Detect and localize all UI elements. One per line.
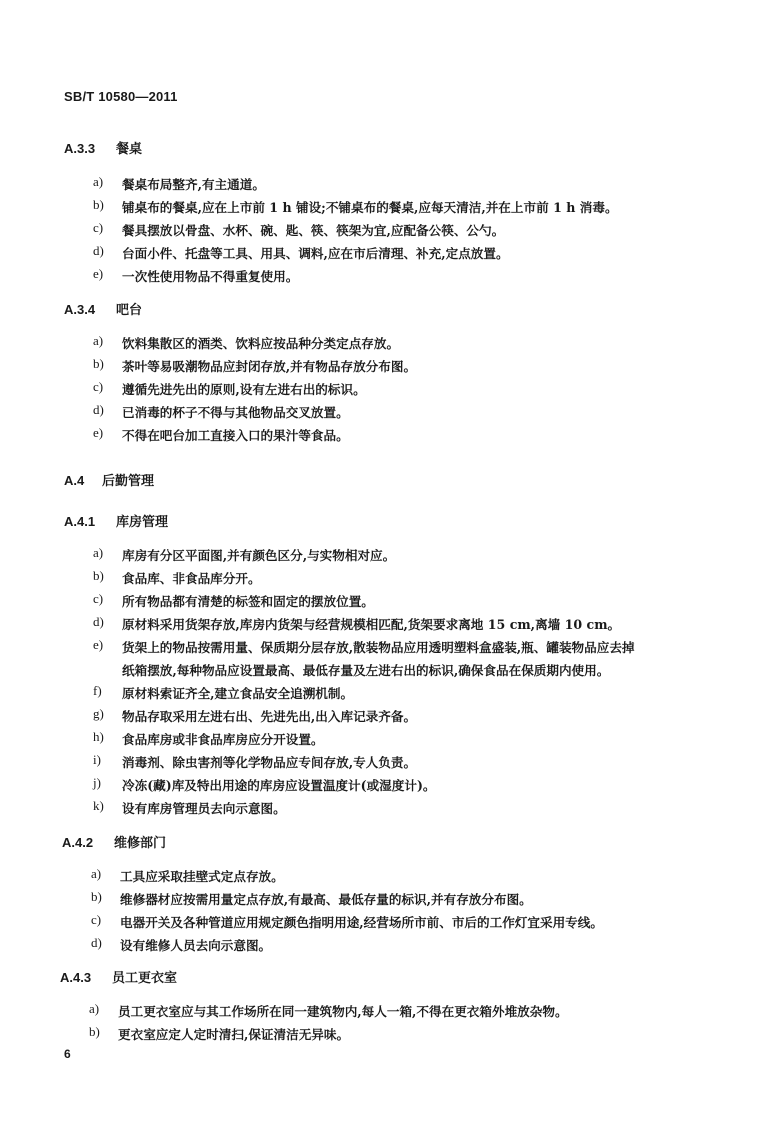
item-text: 更衣室应定人定时清扫,保证清洁无异味。 xyxy=(118,1024,349,1043)
item-label: k) xyxy=(93,798,104,814)
item-text: 库房有分区平面图,并有颜色区分,与实物相对应。 xyxy=(122,545,395,564)
item-label: g) xyxy=(93,706,104,722)
item-label: d) xyxy=(93,243,104,259)
item-label: d) xyxy=(93,402,104,418)
item-text: 茶叶等易吸潮物品应封闭存放,并有物品存放分布图。 xyxy=(122,356,416,375)
item-text: 已消毒的杯子不得与其他物品交叉放置。 xyxy=(122,402,349,421)
item-label: a) xyxy=(93,333,103,349)
section-number: A.4.2 xyxy=(62,835,114,850)
section-number: A.4 xyxy=(64,473,102,488)
item-label: i) xyxy=(93,752,101,768)
item-text: 纸箱摆放,每种物品应设置最高、最低存量及左进右出的标识,确保食品在保质期内使用。 xyxy=(122,660,609,679)
item-text: 铺桌布的餐桌,应在上市前 1 h 铺设;不铺桌布的餐桌,应每天清洁,并在上市前 … xyxy=(122,197,618,216)
item-label: h) xyxy=(93,729,104,745)
item-label: b) xyxy=(93,197,104,213)
section-title: 维修部门 xyxy=(114,836,166,851)
section-heading-a4: A.4后勤管理 xyxy=(64,470,154,489)
item-text: 遵循先进先出的原则,设有左进右出的标识。 xyxy=(122,379,366,398)
document-id-header: SB/T 10580—2011 xyxy=(64,89,178,104)
item-label: b) xyxy=(91,889,102,905)
item-text: 原材料采用货架存放,库房内货架与经营规模相匹配,货架要求离地 15 cm,离墙 … xyxy=(122,614,620,633)
item-label: e) xyxy=(93,266,103,282)
section-heading-a33: A.3.3餐桌 xyxy=(64,138,142,157)
item-label: c) xyxy=(91,912,101,928)
item-text: 食品库房或非食品库房应分开设置。 xyxy=(122,729,324,748)
item-label: c) xyxy=(93,220,103,236)
item-label: b) xyxy=(93,568,104,584)
item-label: f) xyxy=(93,683,102,699)
item-text: 饮料集散区的酒类、饮料应按品种分类定点存放。 xyxy=(122,333,399,352)
item-text: 货架上的物品按需用量、保质期分层存放,散装物品应用透明塑料盒盛装,瓶、罐装物品应… xyxy=(122,637,635,656)
section-title: 后勤管理 xyxy=(102,474,154,489)
item-text: 设有维修人员去向示意图。 xyxy=(120,935,271,954)
item-text: 食品库、非食品库分开。 xyxy=(122,568,261,587)
item-text: 员工更衣室应与其工作场所在同一建筑物内,每人一箱,不得在更衣箱外堆放杂物。 xyxy=(118,1001,568,1020)
item-label: j) xyxy=(93,775,101,791)
section-heading-a43: A.4.3员工更衣室 xyxy=(60,967,177,986)
item-text: 餐桌布局整齐,有主通道。 xyxy=(122,174,265,193)
item-label: a) xyxy=(91,866,101,882)
item-label: e) xyxy=(93,637,103,653)
item-text: 所有物品都有清楚的标签和固定的摆放位置。 xyxy=(122,591,374,610)
item-text: 不得在吧台加工直接入口的果汁等食品。 xyxy=(122,425,349,444)
item-label: a) xyxy=(89,1001,99,1017)
section-title: 餐桌 xyxy=(116,142,142,157)
item-text: 设有库房管理员去向示意图。 xyxy=(122,798,286,817)
section-heading-a41: A.4.1库房管理 xyxy=(64,511,168,530)
item-label: d) xyxy=(93,614,104,630)
section-number: A.4.1 xyxy=(64,514,116,529)
item-text: 维修器材应按需用量定点存放,有最高、最低存量的标识,并有存放分布图。 xyxy=(120,889,532,908)
item-label: a) xyxy=(93,174,103,190)
section-number: A.3.3 xyxy=(64,141,116,156)
item-text: 一次性使用物品不得重复使用。 xyxy=(122,266,298,285)
section-title: 吧台 xyxy=(116,303,142,318)
page-number: 6 xyxy=(64,1047,71,1061)
section-title: 员工更衣室 xyxy=(112,971,177,986)
item-label: b) xyxy=(93,356,104,372)
section-heading-a34: A.3.4吧台 xyxy=(64,299,142,318)
item-text: 消毒剂、除虫害剂等化学物品应专间存放,专人负责。 xyxy=(122,752,416,771)
item-text: 物品存取采用左进右出、先进先出,出入库记录齐备。 xyxy=(122,706,416,725)
item-text: 冷冻(藏)库及特出用途的库房应设置温度计(或湿度计)。 xyxy=(122,775,436,794)
item-label: b) xyxy=(89,1024,100,1040)
section-heading-a42: A.4.2维修部门 xyxy=(62,832,166,851)
section-number: A.4.3 xyxy=(60,970,112,985)
item-label: c) xyxy=(93,379,103,395)
item-label: e) xyxy=(93,425,103,441)
section-number: A.3.4 xyxy=(64,302,116,317)
item-text: 台面小件、托盘等工具、用具、调料,应在市后清理、补充,定点放置。 xyxy=(122,243,509,262)
item-text: 餐具摆放以骨盘、水杯、碗、匙、筷、筷架为宜,应配备公筷、公勺。 xyxy=(122,220,504,239)
item-text: 电器开关及各种管道应用规定颜色指明用途,经营场所市前、市后的工作灯宜采用专线。 xyxy=(120,912,603,931)
item-text: 工具应采取挂壁式定点存放。 xyxy=(120,866,284,885)
item-label: d) xyxy=(91,935,102,951)
item-label: c) xyxy=(93,591,103,607)
section-title: 库房管理 xyxy=(116,515,168,530)
item-label: a) xyxy=(93,545,103,561)
item-text: 原材料索证齐全,建立食品安全追溯机制。 xyxy=(122,683,353,702)
